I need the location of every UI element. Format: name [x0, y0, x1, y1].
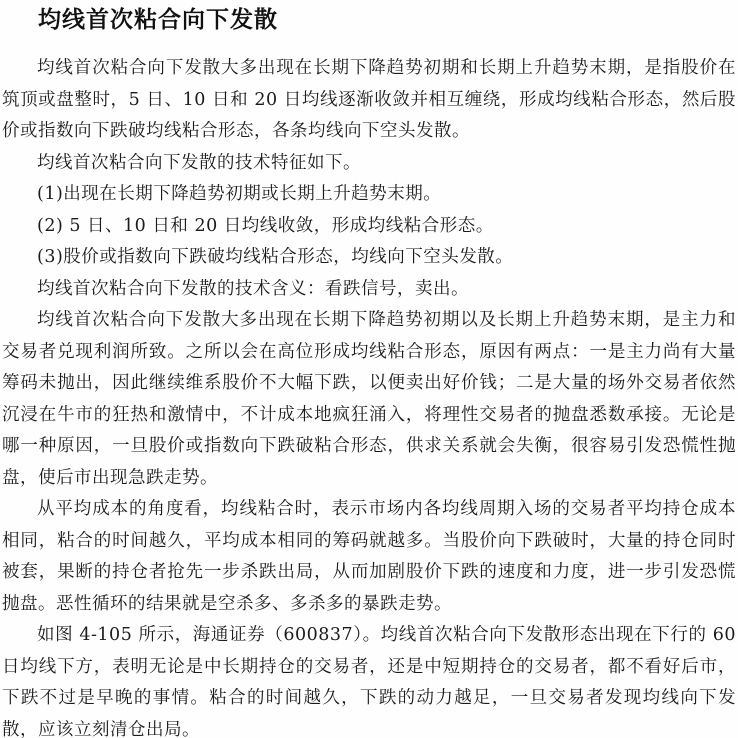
feature-item-2: (2) 5 日、10 日和 20 日均线收敛，形成均线粘合形态。	[2, 211, 736, 243]
intro-paragraph: 均线首次粘合向下发散大多出现在长期下降趋势初期和长期上升趋势末期，是指股价在筑顶…	[2, 53, 736, 148]
features-heading: 均线首次粘合向下发散的技术特征如下。	[2, 148, 736, 180]
signal-meaning-paragraph: 均线首次粘合向下发散的技术含义：看跌信号，卖出。	[2, 274, 736, 306]
feature-item-1: (1)出现在长期下降趋势初期或长期上升趋势末期。	[2, 179, 736, 211]
document-body: 均线首次粘合向下发散大多出现在长期下降趋势初期和长期上升趋势末期，是指股价在筑顶…	[2, 53, 736, 738]
example-paragraph: 如图 4-105 所示，海通证券（600837）。均线首次粘合向下发散形态出现在…	[2, 620, 736, 738]
cause-analysis-paragraph: 均线首次粘合向下发散大多出现在长期下降趋势初期以及长期上升趋势末期，是主力和交易…	[2, 305, 736, 494]
feature-item-3: (3)股价或指数向下跌破均线粘合形态，均线向下空头发散。	[2, 242, 736, 274]
document-page: 均线首次粘合向下发散 均线首次粘合向下发散大多出现在长期下降趋势初期和长期上升趋…	[0, 0, 738, 738]
average-cost-paragraph: 从平均成本的角度看，均线粘合时，表示市场内各均线周期入场的交易者平均持仓成本相同…	[2, 494, 736, 620]
page-title: 均线首次粘合向下发散	[38, 7, 736, 34]
